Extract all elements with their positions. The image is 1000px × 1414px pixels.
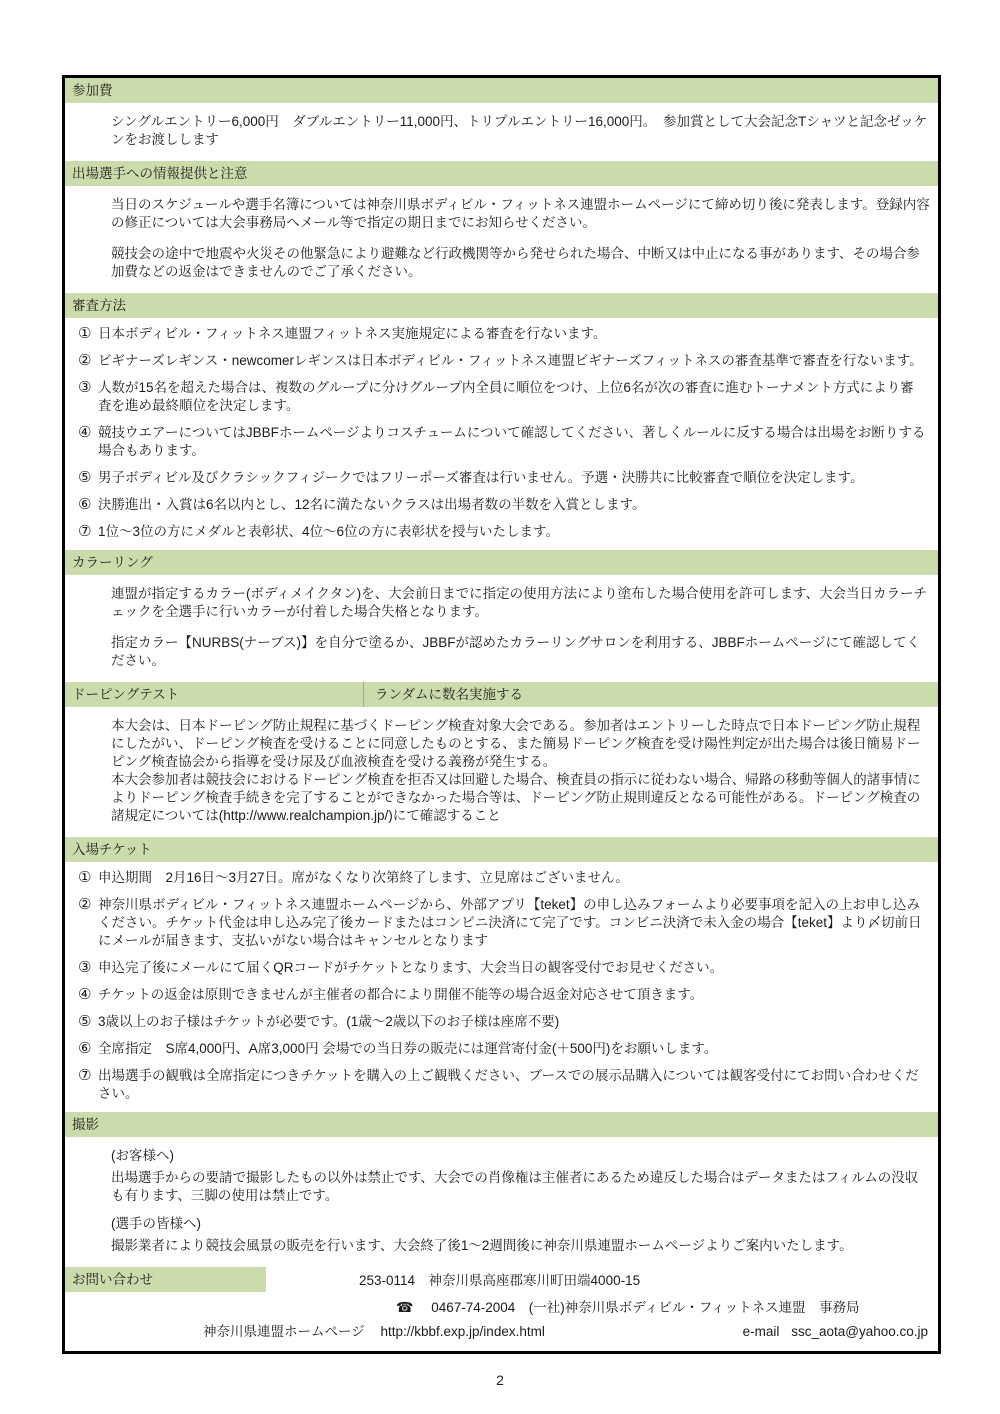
paragraph: 本大会は、日本ドーピング防止規程に基づくドーピング検査対象大会である。参加者はエ…	[111, 717, 930, 771]
item-number: ⑤	[65, 469, 98, 486]
list-item: ④ チケットの返金は原則できませんが主催者の都合により開催不能等の場合返金対応さ…	[65, 986, 930, 1004]
item-number: ⑥	[65, 496, 98, 513]
list-item: ① 日本ボディビル・フィットネス連盟フィットネス実施規定による審査を行ないます。	[65, 325, 930, 343]
section-header-tickets: 入場チケット	[65, 837, 938, 862]
item-text: 申込期間 2月16日〜3月27日。席がなくなり次第終了します、立見席はございませ…	[98, 869, 930, 887]
item-number: ③	[65, 959, 98, 976]
item-text: チケットの返金は原則できませんが主催者の都合により開催不能等の場合返金対応させて…	[98, 986, 930, 1004]
paragraph: 出場選手からの要請で撮影したもの以外は禁止です、大会での肖像権は主催者にあるため…	[111, 1169, 930, 1205]
section-header-athlete-info: 出場選手への情報提供と注意	[65, 161, 938, 186]
email-label: e-mail	[743, 1324, 780, 1339]
section-header-doping: ドーピングテスト ランダムに数名実施する	[65, 682, 938, 707]
item-number: ⑥	[65, 1040, 98, 1057]
section-title: 撮影	[72, 1117, 99, 1132]
audience-heading: (お客様へ)	[111, 1147, 930, 1165]
item-text: 神奈川県ボディビル・フィットネス連盟ホームページから、外部アプリ【teket】の…	[98, 896, 930, 950]
paragraph: 競技会の途中で地震や火災その他緊急により避難など行政機関等から発せられた場合、中…	[111, 245, 930, 281]
doping-content: 本大会は、日本ドーピング防止規程に基づくドーピング検査対象大会である。参加者はエ…	[65, 707, 938, 837]
contact-row: お問い合わせ 253-0114 神奈川県高座郡寒川町田端4000-15	[65, 1267, 938, 1292]
paragraph: 連盟が指定するカラー(ボディメイクタン)を、大会前日までに指定の使用方法により塗…	[111, 585, 930, 621]
email-address: ssc_aota@yahoo.co.jp	[791, 1324, 928, 1339]
page-number: 2	[0, 1372, 1000, 1388]
section-title: 審査方法	[72, 298, 126, 313]
telephone-icon: ☎	[396, 1299, 413, 1315]
paragraph: 指定カラー【NURBS(ナーブス)】を自分で塗るか、JBBFが認めたカラーリング…	[111, 634, 930, 670]
doping-subtitle: ランダムに数名実施する	[375, 686, 523, 703]
list-item: ⑦ 1位〜3位の方にメダルと表彰状、4位〜6位の方に表彰状を授与いたします。	[65, 523, 930, 541]
list-item: ② 神奈川県ボディビル・フィットネス連盟ホームページから、外部アプリ【teket…	[65, 896, 930, 950]
photography-content: (お客様へ) 出場選手からの要請で撮影したもの以外は禁止です、大会での肖像権は主…	[65, 1137, 938, 1267]
cell-divider	[363, 682, 364, 707]
contact-row: ☎ 0467-74-2004 (一社)神奈川県ボディビル・フィットネス連盟 事務…	[65, 1292, 938, 1317]
item-number: ④	[65, 424, 98, 441]
coloring-content: 連盟が指定するカラー(ボディメイクタン)を、大会前日までに指定の使用方法により塗…	[65, 575, 938, 682]
item-text: 男子ボディビル及びクラシックフィジークではフリーポーズ審査は行いません。予選・決…	[98, 469, 930, 487]
list-item: ③ 人数が15名を超えた場合は、複数のグループに分けグループ内全員に順位をつけ、…	[65, 379, 930, 415]
list-item: ④ 競技ウエアーについてはJBBFホームページよりコスチュームについて確認してく…	[65, 424, 930, 460]
contact-row: 神奈川県連盟ホームページ http://kbbf.exp.jp/index.ht…	[65, 1317, 938, 1343]
list-item: ⑤ 3歳以上のお子様はチケットが必要です。(1歳〜2歳以下のお子様は座席不要)	[65, 1013, 930, 1031]
list-item: ① 申込期間 2月16日〜3月27日。席がなくなり次第終了します、立見席はござい…	[65, 869, 930, 887]
section-header-judging: 審査方法	[65, 293, 938, 318]
section-header-photography: 撮影	[65, 1112, 938, 1137]
item-text: 出場選手の観戦は全席指定につきチケットを購入の上ご観戦ください、ブースでの展示品…	[98, 1067, 930, 1103]
item-number: ②	[65, 896, 98, 913]
item-number: ③	[65, 379, 98, 396]
item-text: 日本ボディビル・フィットネス連盟フィットネス実施規定による審査を行ないます。	[98, 325, 930, 343]
list-item: ⑤ 男子ボディビル及びクラシックフィジークではフリーポーズ審査は行いません。予選…	[65, 469, 930, 487]
section-title: 参加費	[72, 83, 113, 98]
paragraph: 本大会参加者は競技会におけるドーピング検査を拒否又は回避した場合、検査員の指示に…	[111, 771, 930, 825]
list-item: ③ 申込完了後にメールにて届くQRコードがチケットとなります、大会当日の観客受付…	[65, 959, 930, 977]
athlete-info-content: 当日のスケジュールや選手名簿については神奈川県ボディビル・フィットネス連盟ホーム…	[65, 186, 938, 293]
section-title: ドーピングテスト	[72, 687, 179, 702]
athlete-heading: (選手の皆様へ)	[111, 1215, 930, 1233]
item-text: 全席指定 S席4,000円、A席3,000円 会場での当日券の販売には運営寄付金…	[98, 1040, 930, 1058]
item-number: ④	[65, 986, 98, 1003]
paragraph: シングルエントリー6,000円 ダブルエントリー11,000円、トリプルエントリ…	[111, 113, 930, 149]
paragraph: 撮影業者により競技会風景の販売を行います、大会終了後1〜2週間後に神奈川県連盟ホ…	[111, 1237, 930, 1255]
item-text: 3歳以上のお子様はチケットが必要です。(1歳〜2歳以下のお子様は座席不要)	[98, 1013, 930, 1031]
entry-fee-content: シングルエントリー6,000円 ダブルエントリー11,000円、トリプルエントリ…	[65, 103, 938, 161]
item-number: ①	[65, 325, 98, 342]
contact-section: お問い合わせ 253-0114 神奈川県高座郡寒川町田端4000-15 ☎ 04…	[65, 1267, 938, 1351]
item-number: ⑦	[65, 1067, 98, 1084]
section-header-entry-fee: 参加費	[65, 78, 938, 103]
email-info: e-mail ssc_aota@yahoo.co.jp	[743, 1323, 928, 1341]
item-text: 決勝進出・入賞は6名以内とし、12名に満たないクラスは出場者数の半数を入賞としま…	[98, 496, 930, 514]
list-item: ⑥ 全席指定 S席4,000円、A席3,000円 会場での当日券の販売には運営寄…	[65, 1040, 930, 1058]
section-title: カラーリング	[72, 555, 153, 570]
section-header-coloring: カラーリング	[65, 550, 938, 575]
contact-address: 253-0114 神奈川県高座郡寒川町田端4000-15	[266, 1267, 640, 1290]
contact-phone: 0467-74-2004 (一社)神奈川県ボディビル・フィットネス連盟 事務局	[431, 1300, 859, 1315]
document-box: 参加費 シングルエントリー6,000円 ダブルエントリー11,000円、トリプル…	[62, 75, 941, 1354]
item-number: ⑦	[65, 523, 98, 540]
section-title: 出場選手への情報提供と注意	[72, 166, 248, 181]
item-number: ②	[65, 352, 98, 369]
item-text: 人数が15名を超えた場合は、複数のグループに分けグループ内全員に順位をつけ、上位…	[98, 379, 930, 415]
item-text: 申込完了後にメールにて届くQRコードがチケットとなります、大会当日の観客受付でお…	[98, 959, 930, 977]
homepage-info: 神奈川県連盟ホームページ http://kbbf.exp.jp/index.ht…	[203, 1323, 545, 1341]
item-text: 競技ウエアーについてはJBBFホームページよりコスチュームについて確認してくださ…	[98, 424, 930, 460]
item-number: ⑤	[65, 1013, 98, 1030]
judging-list: ① 日本ボディビル・フィットネス連盟フィットネス実施規定による審査を行ないます。…	[65, 318, 938, 541]
item-text: ビギナーズレギンス・newcomerレギンスは日本ボディビル・フィットネス連盟ビ…	[98, 352, 930, 370]
paragraph: 当日のスケジュールや選手名簿については神奈川県ボディビル・フィットネス連盟ホーム…	[111, 196, 930, 232]
section-title: 入場チケット	[72, 842, 152, 857]
ticket-list: ① 申込期間 2月16日〜3月27日。席がなくなり次第終了します、立見席はござい…	[65, 862, 938, 1103]
item-text: 1位〜3位の方にメダルと表彰状、4位〜6位の方に表彰状を授与いたします。	[98, 523, 930, 541]
list-item: ⑥ 決勝進出・入賞は6名以内とし、12名に満たないクラスは出場者数の半数を入賞と…	[65, 496, 930, 514]
list-item: ② ビギナーズレギンス・newcomerレギンスは日本ボディビル・フィットネス連…	[65, 352, 930, 370]
homepage-url: http://kbbf.exp.jp/index.html	[381, 1324, 545, 1339]
list-item: ⑦ 出場選手の観戦は全席指定につきチケットを購入の上ご観戦ください、ブースでの展…	[65, 1067, 930, 1103]
homepage-label: 神奈川県連盟ホームページ	[203, 1324, 365, 1339]
contact-label: お問い合わせ	[65, 1267, 266, 1292]
item-number: ①	[65, 869, 98, 886]
